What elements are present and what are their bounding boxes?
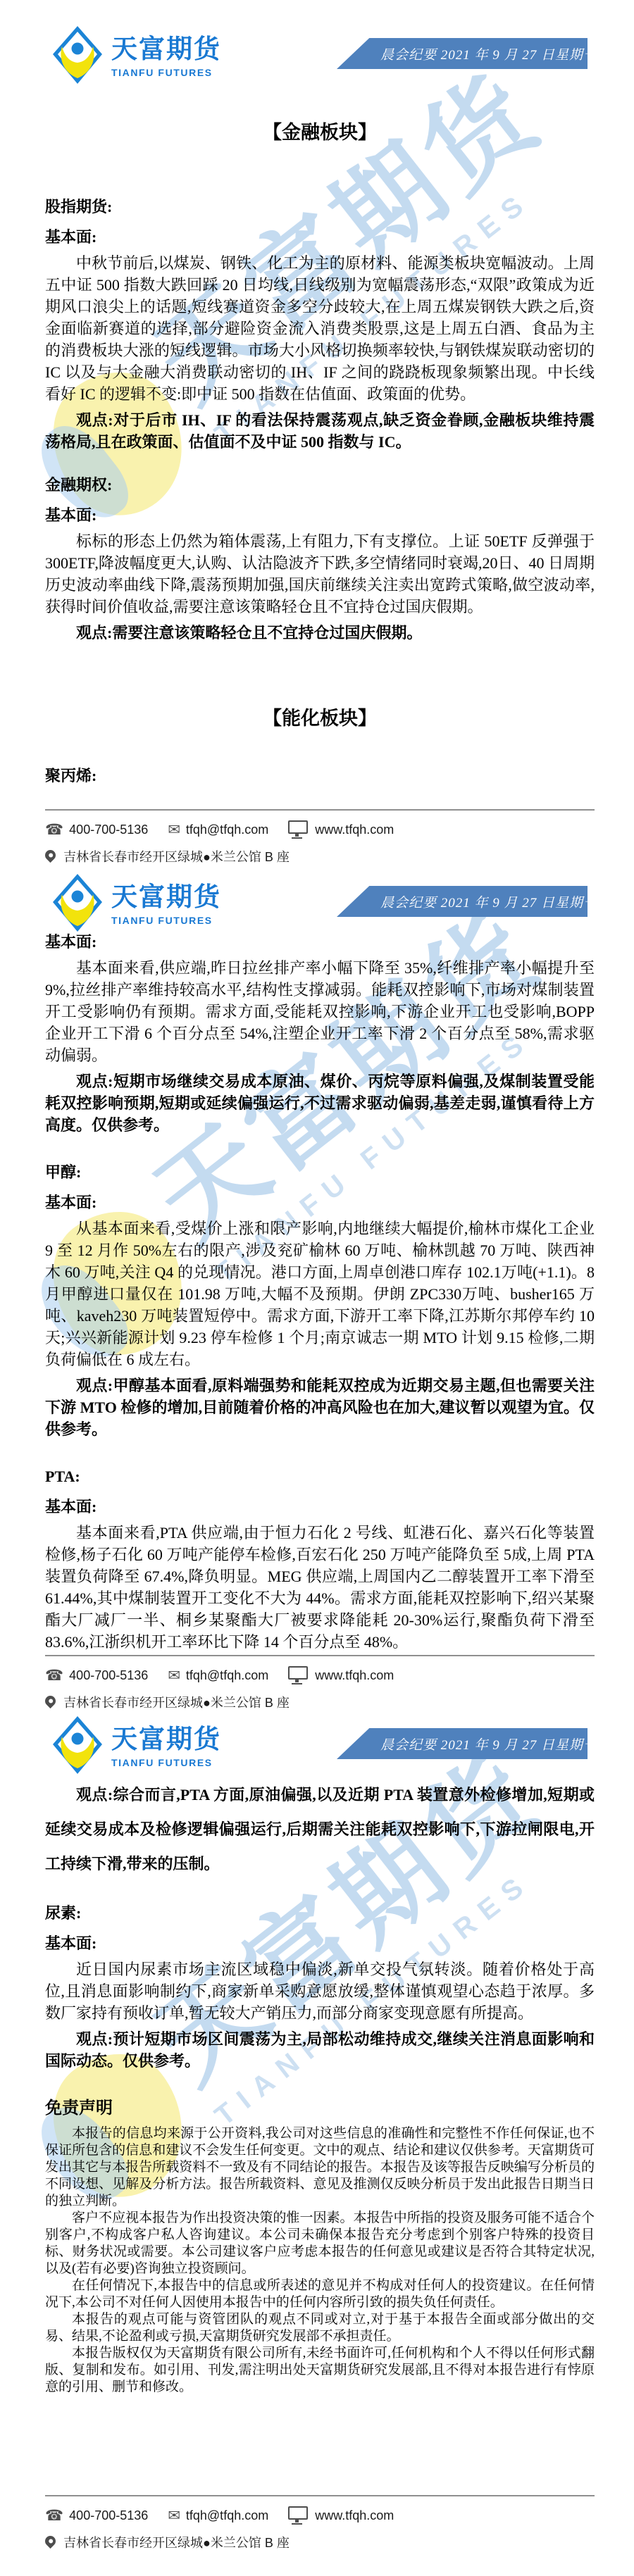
monitor-icon — [288, 1666, 308, 1680]
paragraph-stock-index-fundamentals: 中秋节前后,以煤炭、钢铁、化工为主的原材料、能源类板块宽幅波动。上周五中证 50… — [45, 252, 595, 405]
paragraph-methanol-view: 观点:甲醇基本面看,原料端强势和能耗双控成为近期交易主题,但也需要关注下游 MT… — [45, 1375, 595, 1440]
report-page-1: 天富期货 TIANFU FUTURES 天富期货 TIANFU FUTURES … — [0, 0, 634, 868]
meeting-banner: 晨会纪要 2021 年 9 月 27 日星期一 — [337, 886, 588, 917]
page-footer: ☎ 400-700-5136 ✉ tfqh@tfqh.com www.tfqh.… — [45, 2495, 595, 2551]
heading-methanol: 甲醇: — [45, 1161, 595, 1183]
label-fundamentals: 基本面: — [45, 1192, 595, 1213]
meeting-banner: 晨会纪要 2021 年 9 月 27 日星期一 — [337, 38, 588, 69]
envelope-icon: ✉ — [168, 1668, 180, 1683]
footer-address: 吉林省长春市经开区绿城●米兰公馆 B 座 — [63, 2533, 290, 2551]
banner-text: 晨会纪要 2021 年 9 月 27 日星期一 — [337, 892, 597, 911]
paragraph-urea-fundamentals: 近日国内尿素市场主流区域稳中偏淡,新单交投气氛转淡。随着价格处于高位,且消息面影… — [45, 1958, 595, 2024]
page-header: 天富期货 TIANFU FUTURES 晨会纪要 2021 年 9 月 27 日… — [0, 873, 634, 951]
heading-polypropylene: 聚丙烯: — [45, 765, 595, 787]
label-fundamentals: 基本面: — [45, 1932, 595, 1954]
paragraph-polypropylene-fundamentals: 基本面来看,供应端,昨日拉丝排产率小幅下降至 35%,纤维排产率小幅提升至 9%… — [45, 957, 595, 1066]
heading-financial-options: 金融期权: — [45, 474, 595, 496]
section-title-financial: 【金融板块】 — [45, 120, 595, 145]
disclaimer-paragraph: 客户不应视本报告为作出投资决策的惟一因素。本报告中所指的投资及服务可能不适合个别… — [45, 2210, 595, 2277]
brand-name-cn: 天富期货 — [111, 883, 221, 912]
paragraph-options-view: 观点:需要注意该策略轻仓且不宜持仓过国庆假期。 — [45, 622, 595, 644]
brand-name-en: TIANFU FUTURES — [111, 67, 221, 78]
heading-urea: 尿素: — [45, 1902, 595, 1924]
paragraph-urea-view: 观点:预计短期市场区间震荡为主,局部松动维持成交,继续关注消息面影响和国际动态。… — [45, 2028, 595, 2072]
page-header: 天富期货 TIANFU FUTURES 晨会纪要 2021 年 9 月 27 日… — [0, 1715, 634, 1793]
tianfu-logo: 天富期货 TIANFU FUTURES — [52, 25, 221, 85]
page-footer: ☎ 400-700-5136 ✉ tfqh@tfqh.com www.tfqh.… — [45, 809, 595, 865]
paragraph-methanol-fundamentals: 从基本面来看,受煤价上涨和限产影响,内地继续大幅提价,榆林市煤化工企业 9 至 … — [45, 1218, 595, 1370]
report-page-3: 天富期货 TIANFU FUTURES 天富期货 TIANFU FUTURES … — [0, 1710, 634, 2576]
phone-icon: ☎ — [45, 823, 63, 837]
tianfu-logo: 天富期货 TIANFU FUTURES — [52, 1715, 221, 1775]
banner-text: 晨会纪要 2021 年 9 月 27 日星期一 — [337, 44, 597, 63]
tianfu-diamond-logo-icon — [52, 25, 103, 85]
envelope-icon: ✉ — [168, 823, 180, 837]
heading-stock-index-futures: 股指期货: — [45, 196, 595, 218]
disclaimer-paragraph: 在任何情况下,本报告中的信息或所表述的意见并不构成对任何人的投资建议。在任何情况… — [45, 2277, 595, 2311]
footer-address: 吉林省长春市经开区绿城●米兰公馆 B 座 — [63, 847, 290, 865]
monitor-icon — [288, 2506, 308, 2520]
tianfu-diamond-logo-icon — [52, 1715, 103, 1775]
brand-name-en: TIANFU FUTURES — [111, 915, 221, 926]
label-fundamentals: 基本面: — [45, 504, 595, 526]
footer-email: tfqh@tfqh.com — [186, 823, 268, 837]
location-pin-icon — [43, 2533, 58, 2548]
brand-name-cn: 天富期货 — [111, 35, 221, 64]
phone-icon: ☎ — [45, 1668, 63, 1683]
page-footer: ☎ 400-700-5136 ✉ tfqh@tfqh.com www.tfqh.… — [45, 1655, 595, 1710]
paragraph-options-fundamentals: 标标的形态上仍然为箱体震荡,上有阻力,下有支撑位。上证 50ETF 反弹强于 3… — [45, 530, 595, 618]
page-1-content: 【金融板块】 股指期货: 基本面: 中秋节前后,以煤炭、钢铁、化工为主的原材料、… — [0, 120, 634, 787]
footer-phone: 400-700-5136 — [69, 1668, 148, 1683]
tianfu-diamond-logo-icon — [52, 873, 103, 932]
page-3-content: 观点:综合而言,PTA 方面,原油偏强,以及近期 PTA 装置意外检修增加,短期… — [0, 1710, 634, 2396]
tianfu-logo: 天富期货 TIANFU FUTURES — [52, 873, 221, 932]
location-pin-icon — [43, 847, 58, 862]
footer-email: tfqh@tfqh.com — [186, 2508, 268, 2523]
brand-name-en: TIANFU FUTURES — [111, 1757, 221, 1768]
footer-email: tfqh@tfqh.com — [186, 1668, 268, 1683]
meeting-banner: 晨会纪要 2021 年 9 月 27 日星期一 — [337, 1728, 588, 1759]
heading-pta: PTA: — [45, 1465, 595, 1487]
footer-divider — [45, 1655, 595, 1656]
section-title-energy-chemical: 【能化板块】 — [45, 706, 595, 731]
label-fundamentals: 基本面: — [45, 226, 595, 248]
footer-website: www.tfqh.com — [315, 1668, 394, 1683]
disclaimer-paragraph: 本报告的观点可能与资管团队的观点不同或对立,对于基于本报告全面或部分做出的交易、… — [45, 2311, 595, 2345]
paragraph-stock-index-view: 观点:对于后市 IH、IF 的看法保持震荡观点,缺乏资金眷顾,金融板块维持震荡格… — [45, 409, 595, 453]
paragraph-pta-fundamentals: 基本面来看,PTA 供应端,由于恒力石化 2 号线、虹港石化、嘉兴石化等装置检修… — [45, 1522, 595, 1653]
disclaimer-paragraph: 本报告的信息均来源于公开资料,我公司对这些信息的准确性和完整性不作任何保证,也不… — [45, 2125, 595, 2210]
envelope-icon: ✉ — [168, 2508, 180, 2523]
page-header: 天富期货 TIANFU FUTURES 晨会纪要 2021 年 9 月 27 日… — [0, 25, 634, 103]
phone-icon: ☎ — [45, 2508, 63, 2523]
footer-website: www.tfqh.com — [315, 2508, 394, 2523]
label-fundamentals: 基本面: — [45, 1496, 595, 1518]
monitor-icon — [288, 820, 308, 834]
footer-divider — [45, 809, 595, 811]
banner-text: 晨会纪要 2021 年 9 月 27 日星期一 — [337, 1734, 597, 1753]
footer-divider — [45, 2495, 595, 2496]
footer-address: 吉林省长春市经开区绿城●米兰公馆 B 座 — [63, 1693, 290, 1710]
page-2-content: 基本面: 基本面来看,供应端,昨日拉丝排产率小幅下降至 35%,纤维排产率小幅提… — [0, 868, 634, 1653]
location-pin-icon — [43, 1693, 58, 1708]
disclaimer-paragraph: 本报告版权仅为天富期货有限公司所有,未经书面许可,任何机构和个人不得以任何形式翻… — [45, 2345, 595, 2396]
brand-name-cn: 天富期货 — [111, 1725, 221, 1754]
paragraph-pta-view: 观点:综合而言,PTA 方面,原油偏强,以及近期 PTA 装置意外检修增加,短期… — [45, 1777, 595, 1881]
footer-phone: 400-700-5136 — [69, 823, 148, 837]
footer-website: www.tfqh.com — [315, 823, 394, 837]
heading-disclaimer: 免责声明 — [45, 2097, 595, 2120]
paragraph-polypropylene-view: 观点:短期市场继续交易成本原油、煤价、丙烷等原料偏强,及煤制装置受能耗双控影响预… — [45, 1070, 595, 1136]
footer-phone: 400-700-5136 — [69, 2508, 148, 2523]
report-page-2: 天富期货 TIANFU FUTURES 天富期货 TIANFU FUTURES … — [0, 868, 634, 1710]
